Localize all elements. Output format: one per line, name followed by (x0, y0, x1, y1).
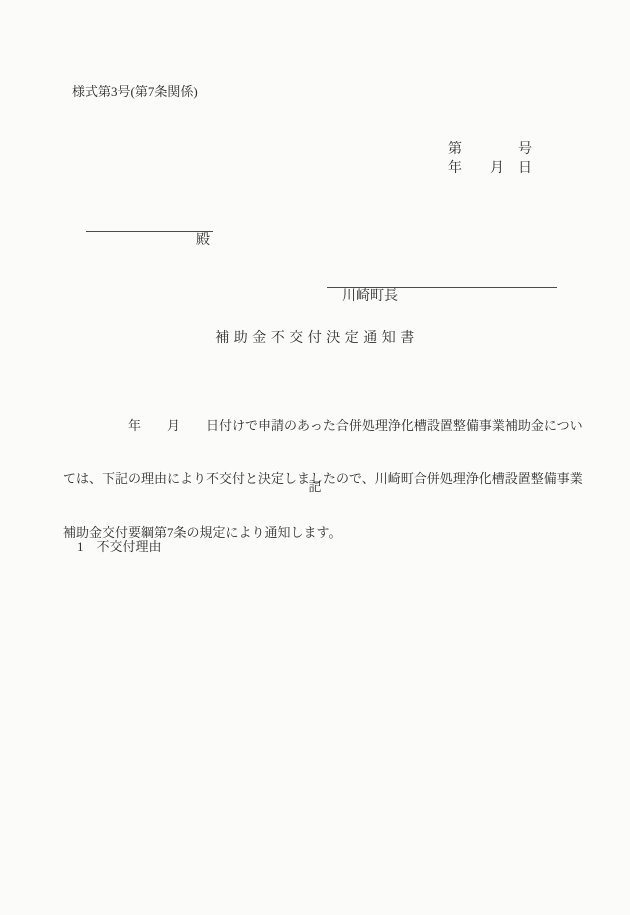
form-number: 様式第3号(第7条関係) (72, 84, 198, 100)
sender-title: 川崎町長 (342, 289, 398, 304)
addressee-blank-line: 殿 (86, 214, 213, 232)
document-date-line: 年 月 日 (448, 160, 532, 178)
document-number-line: 第 号 (448, 141, 532, 159)
record-label: 記 (0, 479, 630, 495)
document-title: 補 助 金 不 交 付 決 定 通 知 書 (0, 330, 630, 348)
section-1-heading: 1 不交付理由 (77, 539, 162, 555)
addressee-honorific: 殿 (196, 233, 210, 248)
sender-signature-line: 川崎町長 (327, 270, 557, 288)
body-line-1: 年 月 日付けで申請のあった合併処理浄化槽設置整備事業補助金につい (63, 415, 603, 436)
document-page: 様式第3号(第7条関係) 第 号 年 月 日 殿 川崎町長 補 助 金 不 交 … (0, 0, 630, 915)
